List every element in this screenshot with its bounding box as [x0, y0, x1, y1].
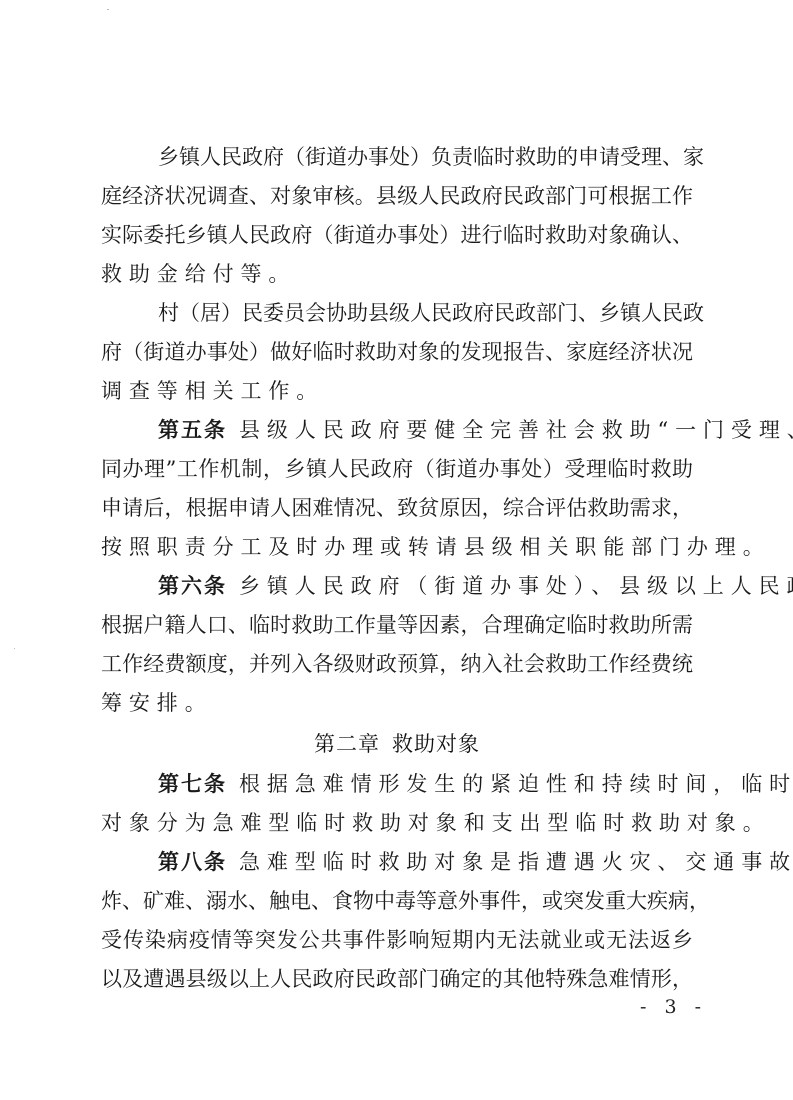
- text-line: 同办理”工作机制，乡镇人民政府（街道办事处）受理临时救助: [101, 450, 693, 489]
- scan-speck: [14, 648, 15, 649]
- scan-speck: [107, 9, 109, 10]
- text-line: 对象分为急难型临时救助对象和支出型临时救助对象。: [101, 804, 693, 843]
- article-text: 根据急难情形发生的紧迫性和持续时间，临时救助: [239, 772, 793, 796]
- text-line: 实际委托乡镇人民政府（街道办事处）进行临时救助对象确认、: [101, 216, 693, 255]
- article-number: 第八条: [158, 850, 227, 874]
- text-line: 府（街道办事处）做好临时救助对象的发现报告、家庭经济状况: [101, 333, 693, 372]
- text-line: 第六条乡镇人民政府（街道办事处）、县级以上人民政府应: [101, 567, 693, 606]
- document-body: 乡镇人民政府（街道办事处）负责临时救助的申请受理、家 庭经济状况调查、对象审核。…: [101, 138, 693, 999]
- article-8: 第八条急难型临时救助对象是指遭遇火灾、交通事故、爆 炸、矿难、溺水、触电、食物中…: [101, 843, 693, 999]
- text-line: 以及遭遇县级以上人民政府民政部门确定的其他特殊急难情形，: [101, 960, 693, 999]
- article-text: 急难型临时救助对象是指遭遇火灾、交通事故、爆: [239, 850, 793, 874]
- text-line: 筹安排。: [101, 684, 693, 723]
- text-line: 庭经济状况调查、对象审核。县级人民政府民政部门可根据工作: [101, 177, 693, 216]
- document-page: 乡镇人民政府（街道办事处）负责临时救助的申请受理、家 庭经济状况调查、对象审核。…: [0, 0, 793, 1100]
- text-line: 根据户籍人口、临时救助工作量等因素，合理确定临时救助所需: [101, 606, 693, 645]
- text-line: 工作经费额度，并列入各级财政预算，纳入社会救助工作经费统: [101, 645, 693, 684]
- article-number: 第五条: [158, 418, 227, 442]
- article-5: 第五条县级人民政府要健全完善社会救助“一门受理、协 同办理”工作机制，乡镇人民政…: [101, 411, 693, 567]
- article-text: 县级人民政府要健全完善社会救助“一门受理、协: [239, 418, 793, 442]
- text-line: 按照职责分工及时办理或转请县级相关职能部门办理。: [101, 528, 693, 567]
- text-line: 第八条急难型临时救助对象是指遭遇火灾、交通事故、爆: [101, 843, 693, 882]
- text-line: 炸、矿难、溺水、触电、食物中毒等意外事件，或突发重大疾病，: [101, 882, 693, 921]
- text-line: 申请后，根据申请人困难情况、致贫原因，综合评估救助需求，: [101, 489, 693, 528]
- article-6: 第六条乡镇人民政府（街道办事处）、县级以上人民政府应 根据户籍人口、临时救助工作…: [101, 567, 693, 723]
- article-text: 乡镇人民政府（街道办事处）、县级以上人民政府应: [239, 574, 793, 598]
- text-line: 村（居）民委员会协助县级人民政府民政部门、乡镇人民政: [101, 294, 693, 333]
- text-line: 受传染病疫情等突发公共事件影响短期内无法就业或无法返乡: [101, 921, 693, 960]
- text-line: 救助金给付等。: [101, 255, 693, 294]
- text-line: 第七条根据急难情形发生的紧迫性和持续时间，临时救助: [101, 765, 693, 804]
- page-number: - 3 -: [640, 996, 707, 1018]
- text-line: 乡镇人民政府（街道办事处）负责临时救助的申请受理、家: [101, 138, 693, 177]
- paragraph: 乡镇人民政府（街道办事处）负责临时救助的申请受理、家 庭经济状况调查、对象审核。…: [101, 138, 693, 294]
- text-line: 第五条县级人民政府要健全完善社会救助“一门受理、协: [101, 411, 693, 450]
- article-7: 第七条根据急难情形发生的紧迫性和持续时间，临时救助 对象分为急难型临时救助对象和…: [101, 765, 693, 843]
- article-number: 第七条: [158, 772, 227, 796]
- paragraph: 村（居）民委员会协助县级人民政府民政部门、乡镇人民政 府（街道办事处）做好临时救…: [101, 294, 693, 411]
- chapter-heading: 第二章救助对象: [101, 723, 693, 765]
- text-line: 调查等相关工作。: [101, 372, 693, 411]
- article-number: 第六条: [158, 574, 227, 598]
- chapter-title: 救助对象: [392, 732, 480, 756]
- chapter-number: 第二章: [314, 732, 380, 756]
